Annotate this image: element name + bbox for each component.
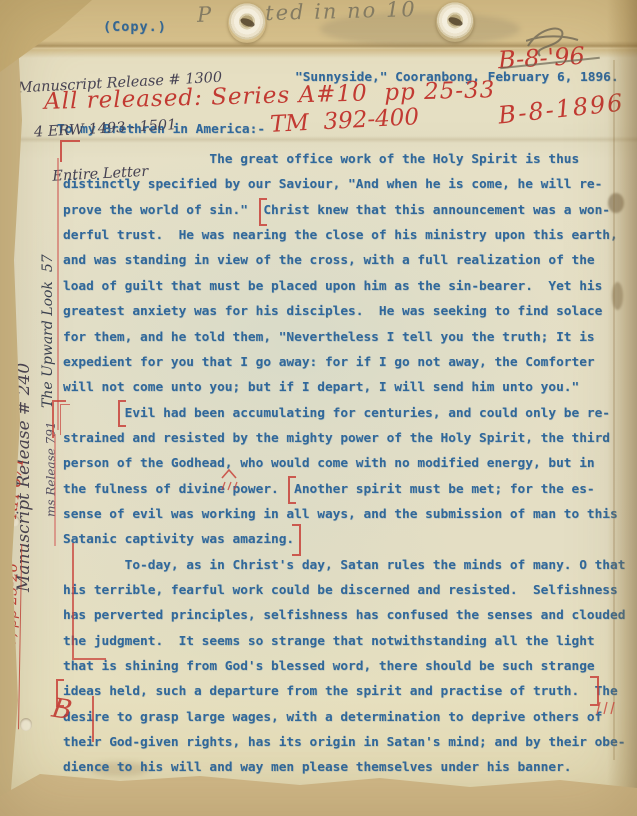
typed-line: desire to grasp large wages, with a dete… [63,709,602,726]
red-tick-marks-truth [596,700,620,718]
red-margin-line-1 [57,158,59,430]
typed-line: strained and resisted by the mighty powe… [63,430,610,447]
mr1300-line2: 4 ERW 1493 - 1501 [20,116,225,142]
typed-line: the fulness of divine power. Another spi… [63,481,595,498]
red-caret-mark-godhead [220,468,246,494]
typed-line: their God-given rights, has its origin i… [63,734,625,751]
typed-line: the judgment. It seems so strange that n… [63,633,595,650]
margin-note-upward-look: The Upward Look 57 [40,256,56,408]
red-bracket-evil [118,400,126,427]
typed-line: person of the Godhead, who would come wi… [63,455,595,472]
scanned-letter-page: (Copy.) "Sunnyside," Cooranbong, Februar… [0,0,637,816]
red-bracket-amazing-close [292,524,301,556]
typed-line: ideas held, such a departure from the sp… [63,683,618,700]
red-margin-line-2 [54,434,56,546]
mr1300-line3: Entire Letter [22,161,227,187]
right-edge-crease [613,60,615,760]
typed-line: load of guilt that must be placed upon h… [63,278,602,295]
typed-line: greatest anxiety was for his disciples. … [63,303,602,320]
typed-line: his terrible, fearful work could be disc… [63,582,618,599]
red-bracket-paragraph2-inner [60,404,70,435]
red-bracket-christ [259,198,267,226]
typed-line: that is shining from God's blessed word,… [63,658,595,675]
red-line-bottom-left [92,696,94,742]
manuscript-release-1300-note: Manuscript Release # 1300 4 ERW 1493 - 1… [16,41,229,216]
copy-label: (Copy.) [103,19,167,35]
typed-line: To-day, as in Christ's day, Satan rules … [63,557,625,574]
grommet-left [228,3,266,43]
grommet-right [436,2,474,42]
typed-line: expedient for you that I go away: for if… [63,354,595,371]
red-angle-line-ideas [72,543,106,660]
grommet-hole [239,16,256,28]
typed-line: and was standing in view of the cross, w… [63,252,595,269]
grommet-hole [447,15,464,27]
typed-line: sense of evil was working in all ways, a… [63,506,618,523]
typed-line: will not come unto you; but if I depart,… [63,379,579,396]
red-bracket-ideas [56,679,64,707]
red-bracket-another [288,476,296,504]
typed-line: has perverted principles, selfishness ha… [63,607,625,624]
typed-line: dience to his will and way men please th… [63,759,572,776]
worm-hole [20,718,32,731]
red-bracket-paragraph1 [60,140,80,162]
typed-line: derful trust. He was nearing the close o… [63,227,618,244]
pencil-scribble [526,24,580,58]
right-edge-shading [607,0,637,816]
typed-line: Evil had been accumulating for centuries… [63,405,610,422]
typed-line: for them, and he told them, "Nevertheles… [63,329,595,346]
